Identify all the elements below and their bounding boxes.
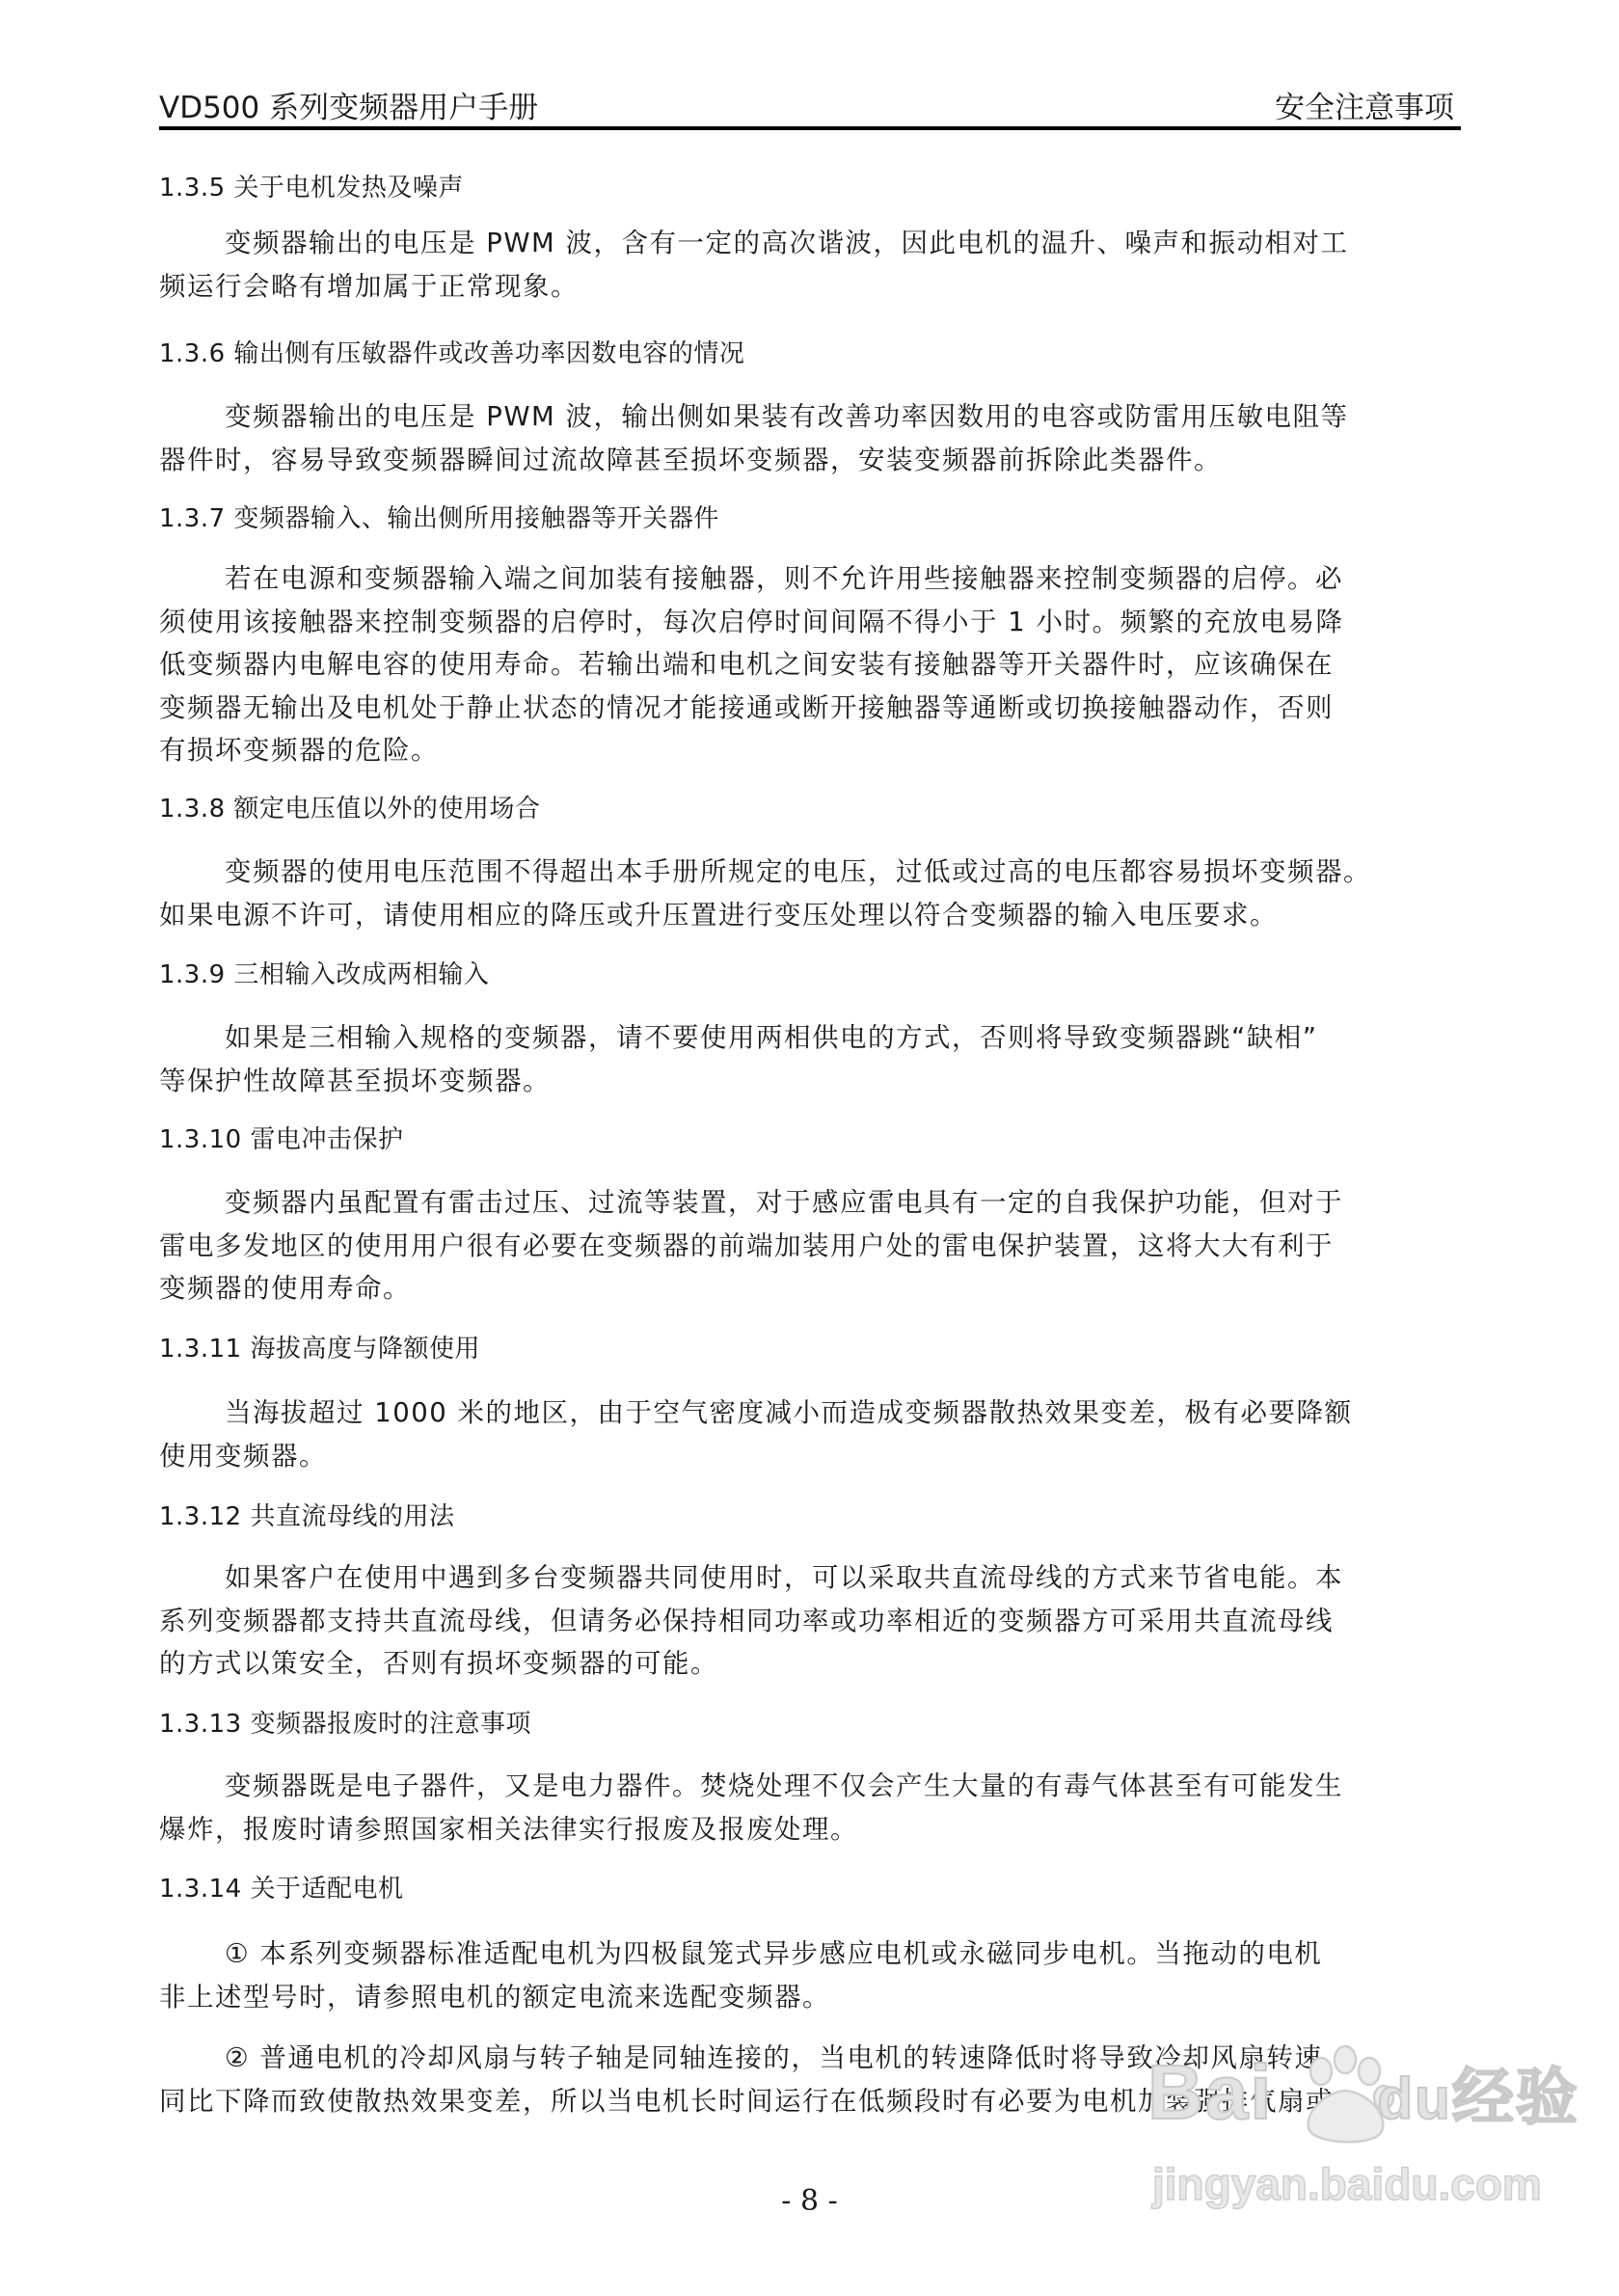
paragraph-line: 如果是三相输入规格的变频器，请不要使用两相供电的方式，否则将导致变频器跳“缺相” xyxy=(159,1016,1456,1060)
section-paragraph: 若在电源和变频器输入端之间加装有接触器，则不允许用些接触器来控制变频器的启停。必… xyxy=(159,557,1456,772)
section-heading-1-3-11: 1.3.11 海拔高度与降额使用 xyxy=(159,1333,480,1365)
paragraph-line: 当海拔超过 1000 米的地区，由于空气密度减小而造成变频器散热效果变差，极有必… xyxy=(159,1391,1456,1435)
paragraph-line: 变频器的使用寿命。 xyxy=(159,1267,1456,1310)
section-paragraph: 变频器输出的电压是 PWM 波，输出侧如果装有改善功率因数用的电容或防雷用压敏电… xyxy=(159,395,1456,481)
paragraph-line: 变频器既是电子器件，又是电力器件。焚烧处理不仅会产生大量的有毒气体甚至有可能发生 xyxy=(159,1765,1456,1808)
header-rule xyxy=(159,126,1461,130)
section-heading-1-3-10: 1.3.10 雷电冲击保护 xyxy=(159,1123,403,1156)
section-paragraph: 如果是三相输入规格的变频器，请不要使用两相供电的方式，否则将导致变频器跳“缺相”… xyxy=(159,1016,1456,1102)
section-heading-1-3-6: 1.3.6 输出侧有压敏器件或改善功率因数电容的情况 xyxy=(159,338,744,370)
section-paragraph: 变频器既是电子器件，又是电力器件。焚烧处理不仅会产生大量的有毒气体甚至有可能发生… xyxy=(159,1765,1456,1850)
paragraph-line: 使用变频器。 xyxy=(159,1435,1456,1478)
section-paragraph-item-1: ① 本系列变频器标准适配电机为四极鼠笼式异步感应电机或永磁同步电机。当拖动的电机… xyxy=(159,1932,1456,2018)
paragraph-line: 若在电源和变频器输入端之间加装有接触器，则不允许用些接触器来控制变频器的启停。必 xyxy=(159,557,1456,601)
header-manual-title: VD500 系列变频器用户手册 xyxy=(159,91,538,125)
paragraph-line: 同比下降而致使散热效果变差，所以当电机长时间运行在低频段时有必要为电机加装强排气… xyxy=(159,2080,1456,2123)
paragraph-line: 须使用该接触器来控制变频器的启停时，每次启停时间间隔不得小于 1 小时。频繁的充… xyxy=(159,601,1456,644)
section-heading-1-3-12: 1.3.12 共直流母线的用法 xyxy=(159,1500,454,1533)
paragraph-line: 系列变频器都支持共直流母线，但请务必保持相同功率或功率相近的变频器方可采用共直流… xyxy=(159,1600,1456,1643)
watermark-brand-cn: 经验 xyxy=(1452,2063,1579,2132)
paragraph-line: 变频器的使用电压范围不得超出本手册所规定的电压，过低或过高的电压都容易损坏变频器… xyxy=(159,851,1456,894)
paragraph-line: 的方式以策安全，否则有损坏变频器的可能。 xyxy=(159,1642,1456,1686)
paragraph-line: 器件时，容易导致变频器瞬间过流故障甚至损坏变频器，安装变频器前拆除此类器件。 xyxy=(159,439,1456,482)
paragraph-line: 低变频器内电解电容的使用寿命。若输出端和电机之间安装有接触器等开关器件时，应该确… xyxy=(159,643,1456,687)
section-paragraph: 如果客户在使用中遇到多台变频器共同使用时，可以采取共直流母线的方式来节省电能。本… xyxy=(159,1556,1456,1686)
section-paragraph: 当海拔超过 1000 米的地区，由于空气密度减小而造成变频器散热效果变差，极有必… xyxy=(159,1391,1456,1477)
paragraph-line: 变频器内虽配置有雷击过压、过流等装置，对于感应雷电具有一定的自我保护功能，但对于 xyxy=(159,1181,1456,1225)
section-paragraph: 变频器输出的电压是 PWM 波，含有一定的高次谐波，因此电机的温升、噪声和振动相… xyxy=(159,222,1456,308)
paragraph-line: 雷电多发地区的使用用户很有必要在变频器的前端加装用户处的雷电保护装置，这将大大有… xyxy=(159,1225,1456,1268)
section-paragraph: 变频器的使用电压范围不得超出本手册所规定的电压，过低或过高的电压都容易损坏变频器… xyxy=(159,851,1456,936)
paragraph-line: ① 本系列变频器标准适配电机为四极鼠笼式异步感应电机或永磁同步电机。当拖动的电机 xyxy=(159,1932,1456,1976)
section-heading-1-3-9: 1.3.9 三相输入改成两相输入 xyxy=(159,959,489,991)
paragraph-line: 如果电源不许可，请使用相应的降压或升压置进行变压处理以符合变频器的输入电压要求。 xyxy=(159,894,1456,937)
section-paragraph-item-2: ② 普通电机的冷却风扇与转子轴是同轴连接的，当电机的转速降低时将导致冷却风扇转速… xyxy=(159,2037,1456,2122)
paragraph-line: 爆炸，报废时请参照国家相关法律实行报废及报废处理。 xyxy=(159,1808,1456,1851)
paragraph-line: 等保护性故障甚至损坏变频器。 xyxy=(159,1060,1456,1103)
header-chapter-title: 安全注意事项 xyxy=(1275,91,1454,125)
section-heading-1-3-8: 1.3.8 额定电压值以外的使用场合 xyxy=(159,793,540,825)
section-heading-1-3-5: 1.3.5 关于电机发热及噪声 xyxy=(159,172,464,204)
paragraph-line: 频运行会略有增加属于正常现象。 xyxy=(159,265,1456,309)
page-number: - 8 - xyxy=(0,2184,1619,2219)
section-heading-1-3-13: 1.3.13 变频器报废时的注意事项 xyxy=(159,1708,531,1741)
paragraph-line: 有损坏变频器的危险。 xyxy=(159,729,1456,772)
paragraph-line: ② 普通电机的冷却风扇与转子轴是同轴连接的，当电机的转速降低时将导致冷却风扇转速 xyxy=(159,2037,1456,2080)
section-paragraph: 变频器内虽配置有雷击过压、过流等装置，对于感应雷电具有一定的自我保护功能，但对于… xyxy=(159,1181,1456,1310)
section-heading-1-3-14: 1.3.14 关于适配电机 xyxy=(159,1873,403,1905)
paragraph-line: 变频器无输出及电机处于静止状态的情况才能接通或断开接触器等通断或切换接触器动作，… xyxy=(159,687,1456,730)
paragraph-line: 变频器输出的电压是 PWM 波，含有一定的高次谐波，因此电机的温升、噪声和振动相… xyxy=(159,222,1456,265)
document-page: VD500 系列变频器用户手册 安全注意事项 1.3.5 关于电机发热及噪声 变… xyxy=(0,0,1619,2296)
section-heading-1-3-7: 1.3.7 变频器输入、输出侧所用接触器等开关器件 xyxy=(159,502,719,535)
paragraph-line: 变频器输出的电压是 PWM 波，输出侧如果装有改善功率因数用的电容或防雷用压敏电… xyxy=(159,395,1456,439)
paragraph-line: 如果客户在使用中遇到多台变频器共同使用时，可以采取共直流母线的方式来节省电能。本 xyxy=(159,1556,1456,1600)
paragraph-line: 非上述型号时，请参照电机的额定电流来选配变频器。 xyxy=(159,1976,1456,2019)
